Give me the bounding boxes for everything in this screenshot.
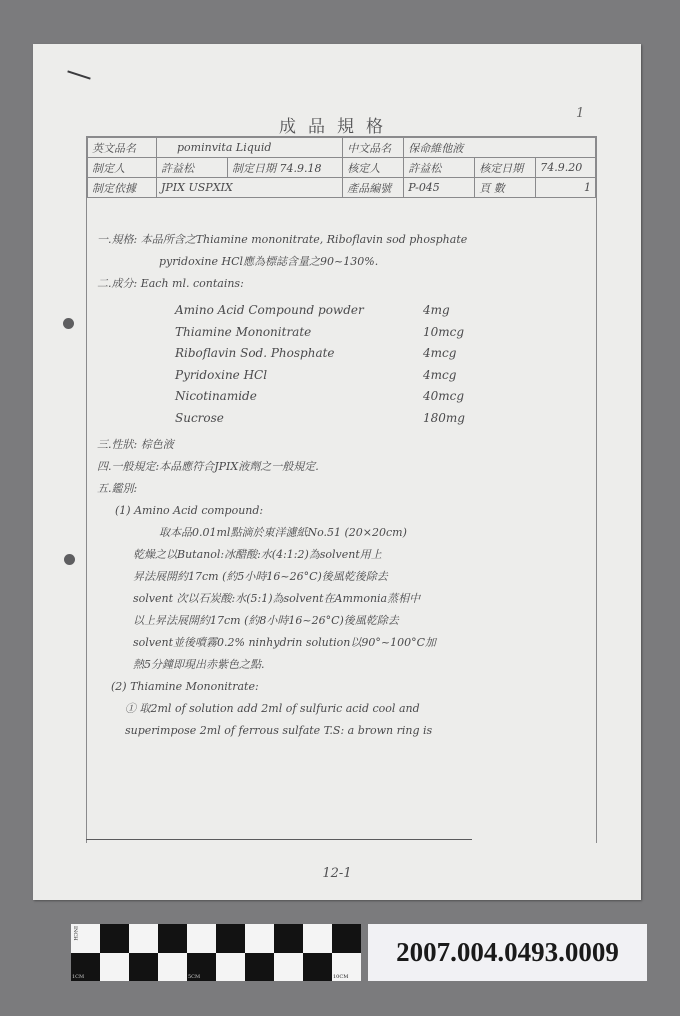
scale-cell — [100, 924, 129, 953]
scale-cell — [303, 924, 332, 953]
ingredient-name: Nicotinamide — [175, 385, 257, 407]
accession-number-label: 2007.004.0493.0009 — [368, 924, 647, 981]
list-item: Sucrose180mg — [97, 407, 592, 429]
ingredient-name: Pyridoxine HCl — [175, 364, 267, 386]
spec-text-1: 本品所含之Thiamine mononitrate, Riboflavin so… — [141, 233, 468, 246]
scale-cell — [158, 924, 187, 953]
spec-text-2: pyridoxine HCl應為標誌含量之90~130%. — [97, 251, 592, 273]
binder-hole — [63, 318, 74, 329]
drafted-date-cell: 制定日期 74.9.18 — [228, 158, 343, 178]
ingredient-amount: 4mg — [423, 299, 450, 321]
label-page-count: 頁 數 — [475, 178, 536, 198]
document-page: 成品規格 1 英文品名 pominvita Liquid 中文品名 保命維他液 … — [33, 44, 641, 900]
identification-sub2-title: (2) Thiamine Mononitrate: — [97, 676, 592, 698]
label-product-number: 產品編號 — [343, 178, 404, 198]
scale-label-1cm: 1CM — [72, 974, 84, 980]
table-row: 制定人 許益松 制定日期 74.9.18 核定人 許益松 核定日期 74.9.2… — [88, 158, 596, 178]
label-basis: 制定依據 — [88, 178, 157, 198]
composition-heading: 二.成分: — [97, 277, 137, 290]
label-drafted-date: 制定日期 — [232, 162, 276, 175]
identification-sub2-body: ① 取2ml of solution add 2ml of sulfuric a… — [97, 698, 592, 742]
identification-heading: 五.鑑別: — [97, 478, 592, 500]
pen-tick-mark — [67, 70, 90, 79]
identification-sub1-title: (1) Amino Acid compound: — [97, 500, 592, 522]
general-rule-line: 四.一般規定:本品應符合JPIX液劑之一般規定. — [97, 456, 592, 478]
scale-cell — [100, 953, 129, 982]
label-english-name: 英文品名 — [88, 138, 157, 158]
value-approved-by: 許益松 — [404, 158, 475, 178]
header-table: 英文品名 pominvita Liquid 中文品名 保命維他液 制定人 許益松… — [87, 137, 596, 198]
ingredient-amount: 4mcg — [423, 342, 456, 364]
label-chinese-name: 中文品名 — [343, 138, 404, 158]
label-drafted-by: 制定人 — [88, 158, 157, 178]
scale-cell: 10CM — [332, 953, 361, 982]
corner-page-mark: 1 — [576, 106, 584, 121]
ingredient-amount: 40mcg — [423, 385, 464, 407]
list-item: Nicotinamide40mcg — [97, 385, 592, 407]
procedure-line: 昇法展開約17cm (約5小時16~26°C)後風乾後除去 — [133, 566, 592, 588]
list-item: Thiamine Mononitrate10mcg — [97, 321, 592, 343]
value-chinese-name: 保命維他液 — [404, 138, 596, 158]
appearance-line: 三.性狀: 棕色液 — [97, 434, 592, 456]
ingredient-amount: 4mcg — [423, 364, 456, 386]
procedure-line: 乾燥之以Butanol:冰醋酸:水(4:1:2)為solvent用上 — [133, 544, 592, 566]
ingredient-name: Riboflavin Sod. Phosphate — [175, 342, 335, 364]
ingredient-name: Amino Acid Compound powder — [175, 299, 364, 321]
procedure-line: 取本品0.01ml點滴於東洋濾紙No.51 (20×20cm) — [133, 522, 592, 544]
scale-cell — [187, 924, 216, 953]
value-basis: JPIX USPXIX — [157, 178, 343, 198]
ingredient-amount: 180mg — [423, 407, 465, 429]
binder-hole — [64, 554, 75, 565]
procedure-line: ① 取2ml of solution add 2ml of sulfuric a… — [125, 698, 592, 720]
scale-cell — [303, 953, 332, 982]
scale-cell: INCH — [71, 924, 100, 953]
value-drafted-by: 許益松 — [157, 158, 228, 178]
value-drafted-date: 74.9.18 — [280, 162, 322, 175]
label-approved-by: 核定人 — [343, 158, 404, 178]
ingredient-name: Sucrose — [175, 407, 224, 429]
scale-cell — [274, 924, 303, 953]
scale-cell — [332, 924, 361, 953]
composition-intro: Each ml. contains: — [141, 277, 244, 290]
list-item: Riboflavin Sod. Phosphate4mcg — [97, 342, 592, 364]
identification-sub1-body: 取本品0.01ml點滴於東洋濾紙No.51 (20×20cm) 乾燥之以Buta… — [97, 522, 592, 676]
ingredient-name: Thiamine Mononitrate — [175, 321, 311, 343]
document-title: 成品規格 — [33, 112, 641, 137]
table-row: 制定依據 JPIX USPXIX 產品編號 P-045 頁 數 1 — [88, 178, 596, 198]
spec-heading: 一.規格: — [97, 233, 137, 246]
value-english-name: pominvita Liquid — [157, 138, 343, 158]
spec-line: 一.規格: 本品所含之Thiamine mononitrate, Ribofla… — [97, 229, 592, 251]
label-approved-date: 核定日期 — [475, 158, 536, 178]
underline-rule — [86, 839, 472, 840]
scale-cell — [216, 924, 245, 953]
scale-cell — [216, 953, 245, 982]
scale-cell — [158, 953, 187, 982]
scale-cell — [274, 953, 303, 982]
ingredient-list: Amino Acid Compound powder4mg Thiamine M… — [97, 299, 592, 428]
table-row: 英文品名 pominvita Liquid 中文品名 保命維他液 — [88, 138, 596, 158]
value-page-count: 1 — [536, 178, 596, 198]
spec-form-frame: 英文品名 pominvita Liquid 中文品名 保命維他液 制定人 許益松… — [86, 136, 597, 843]
value-approved-date: 74.9.20 — [536, 158, 596, 178]
scale-cell — [129, 953, 158, 982]
scale-cell — [245, 924, 274, 953]
procedure-line: solvent並後噴霧0.2% ninhydrin solution以90°~1… — [133, 632, 592, 654]
value-product-number: P-045 — [404, 178, 475, 198]
scale-cell — [245, 953, 274, 982]
scale-label-10cm: 10CM — [333, 974, 348, 980]
procedure-line: 以上昇法展開約17cm (約8小時16~26°C)後風乾除去 — [133, 610, 592, 632]
scale-cell: 1CM — [71, 953, 100, 982]
scale-label-inch: INCH — [72, 926, 78, 941]
scale-bar: INCH 1CM 5CM 10CM — [71, 924, 361, 981]
ingredient-amount: 10mcg — [423, 321, 464, 343]
scale-cell: 5CM — [187, 953, 216, 982]
list-item: Pyridoxine HCl4mcg — [97, 364, 592, 386]
procedure-line: superimpose 2ml of ferrous sulfate T.S: … — [125, 720, 592, 742]
procedure-line: solvent 次以石炭酸:水(5:1)為solvent在Ammonia蒸相中 — [133, 588, 592, 610]
list-item: Amino Acid Compound powder4mg — [97, 299, 592, 321]
footer-page-number: 12-1 — [33, 866, 641, 881]
composition-line: 二.成分: Each ml. contains: — [97, 273, 592, 295]
scale-cell — [129, 924, 158, 953]
procedure-line: 熱5分鐘即現出赤紫色之點. — [133, 654, 592, 676]
scale-label-5cm: 5CM — [188, 974, 200, 980]
spec-body: 一.規格: 本品所含之Thiamine mononitrate, Ribofla… — [97, 229, 592, 742]
